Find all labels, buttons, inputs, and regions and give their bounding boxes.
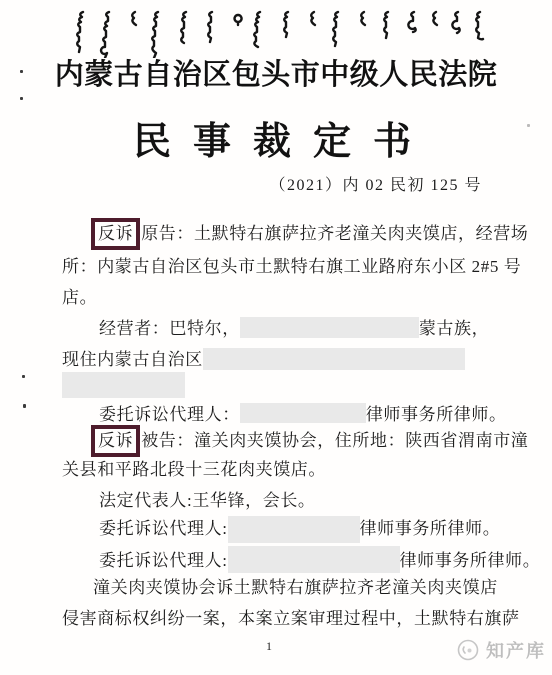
redaction-box (203, 348, 465, 370)
body-line: 侵害商标权纠纷一案，本案立案审理过程中，土默特右旗萨 (62, 607, 520, 630)
line-text: 律师事务所律师。 (360, 519, 501, 538)
line-text: 侵害商标权纠纷一案，本案立案审理过程中，土默特右旗萨 (62, 609, 520, 628)
body-line: 潼关肉夹馍协会诉土默特右旗萨拉齐老潼关肉夹馍店 (93, 576, 498, 599)
body-line: 关县和平路北段十三花肉夹馍店。 (62, 458, 326, 481)
line-text: 委托诉讼代理人: (99, 519, 228, 538)
watermark: 知产库 (456, 637, 546, 663)
scan-speck (22, 375, 25, 378)
line-text: 律师事务所律师。 (366, 405, 507, 424)
redaction-box (228, 516, 360, 543)
redaction-box (228, 546, 400, 573)
case-number: （2021）内 02 民初 125 号 (269, 172, 482, 195)
body-line: 现住内蒙古自治区 (62, 348, 465, 371)
watermark-text: 知产库 (486, 637, 546, 663)
line-text: 原告：土默特右旗萨拉齐老潼关肉夹馍店，经营场 (141, 224, 528, 243)
line-text: 委托诉讼代理人： (99, 405, 240, 424)
body-line: 所：内蒙古自治区包头市土默特右旗工业路府东小区 2#5 号 (62, 255, 521, 278)
line-text: 所：内蒙古自治区包头市土默特右旗工业路府东小区 2#5 号 (62, 257, 521, 276)
scan-speck (20, 70, 23, 73)
body-line: 法定代表人:王华锋，会长。 (99, 489, 316, 512)
line-text: 潼关肉夹馍协会诉土默特右旗萨拉齐老潼关肉夹馍店 (93, 578, 498, 597)
redaction-box (62, 372, 185, 398)
line-text: 店。 (62, 288, 97, 307)
line-text: 经营者：巴特尔， (99, 319, 240, 338)
body-line: 店。 (62, 286, 97, 309)
body-line: 反诉原告：土默特右旗萨拉齐老潼关肉夹馍店，经营场 (96, 222, 528, 245)
body-line: 委托诉讼代理人：律师事务所律师。 (99, 403, 507, 426)
highlighted-term: 反诉 (98, 224, 133, 243)
court-name: 内蒙古自治区包头市中级人民法院 (0, 52, 552, 93)
document-title: 民事裁定书 (0, 110, 552, 165)
line-text: 蒙古族， (419, 319, 489, 338)
line-text: 律师事务所律师。 (400, 551, 541, 570)
line-text: 被告：潼关肉夹馍协会，住所地：陕西省渭南市潼 (141, 431, 528, 450)
line-text: 现住内蒙古自治区 (62, 350, 203, 369)
scan-speck (527, 124, 530, 127)
body-line (62, 372, 185, 404)
body-line: 经营者：巴特尔，蒙古族， (99, 317, 489, 340)
redaction-box (240, 403, 366, 423)
counterclaim-highlight-box: 反诉 (91, 425, 140, 457)
scan-speck (23, 404, 26, 408)
body-line: 委托诉讼代理人:律师事务所律师。 (99, 516, 500, 543)
scan-speck (20, 97, 23, 100)
body-line: 委托诉讼代理人:律师事务所律师。 (99, 546, 540, 573)
body-line: 反诉被告：潼关肉夹馍协会，住所地：陕西省渭南市潼 (96, 429, 528, 452)
highlighted-term: 反诉 (98, 431, 133, 450)
line-text: 法定代表人:王华锋，会长。 (99, 491, 316, 510)
mongolian-script (0, 8, 552, 58)
redaction-box (240, 317, 419, 338)
line-text: 委托诉讼代理人: (99, 551, 228, 570)
scanned-court-document: 内蒙古自治区包头市中级人民法院 民事裁定书 （2021）内 02 民初 125 … (0, 0, 552, 675)
counterclaim-highlight-box: 反诉 (91, 218, 140, 250)
line-text: 关县和平路北段十三花肉夹馍店。 (62, 460, 326, 479)
page-number: 1 (266, 639, 272, 654)
zhichanku-logo-icon (456, 638, 480, 662)
